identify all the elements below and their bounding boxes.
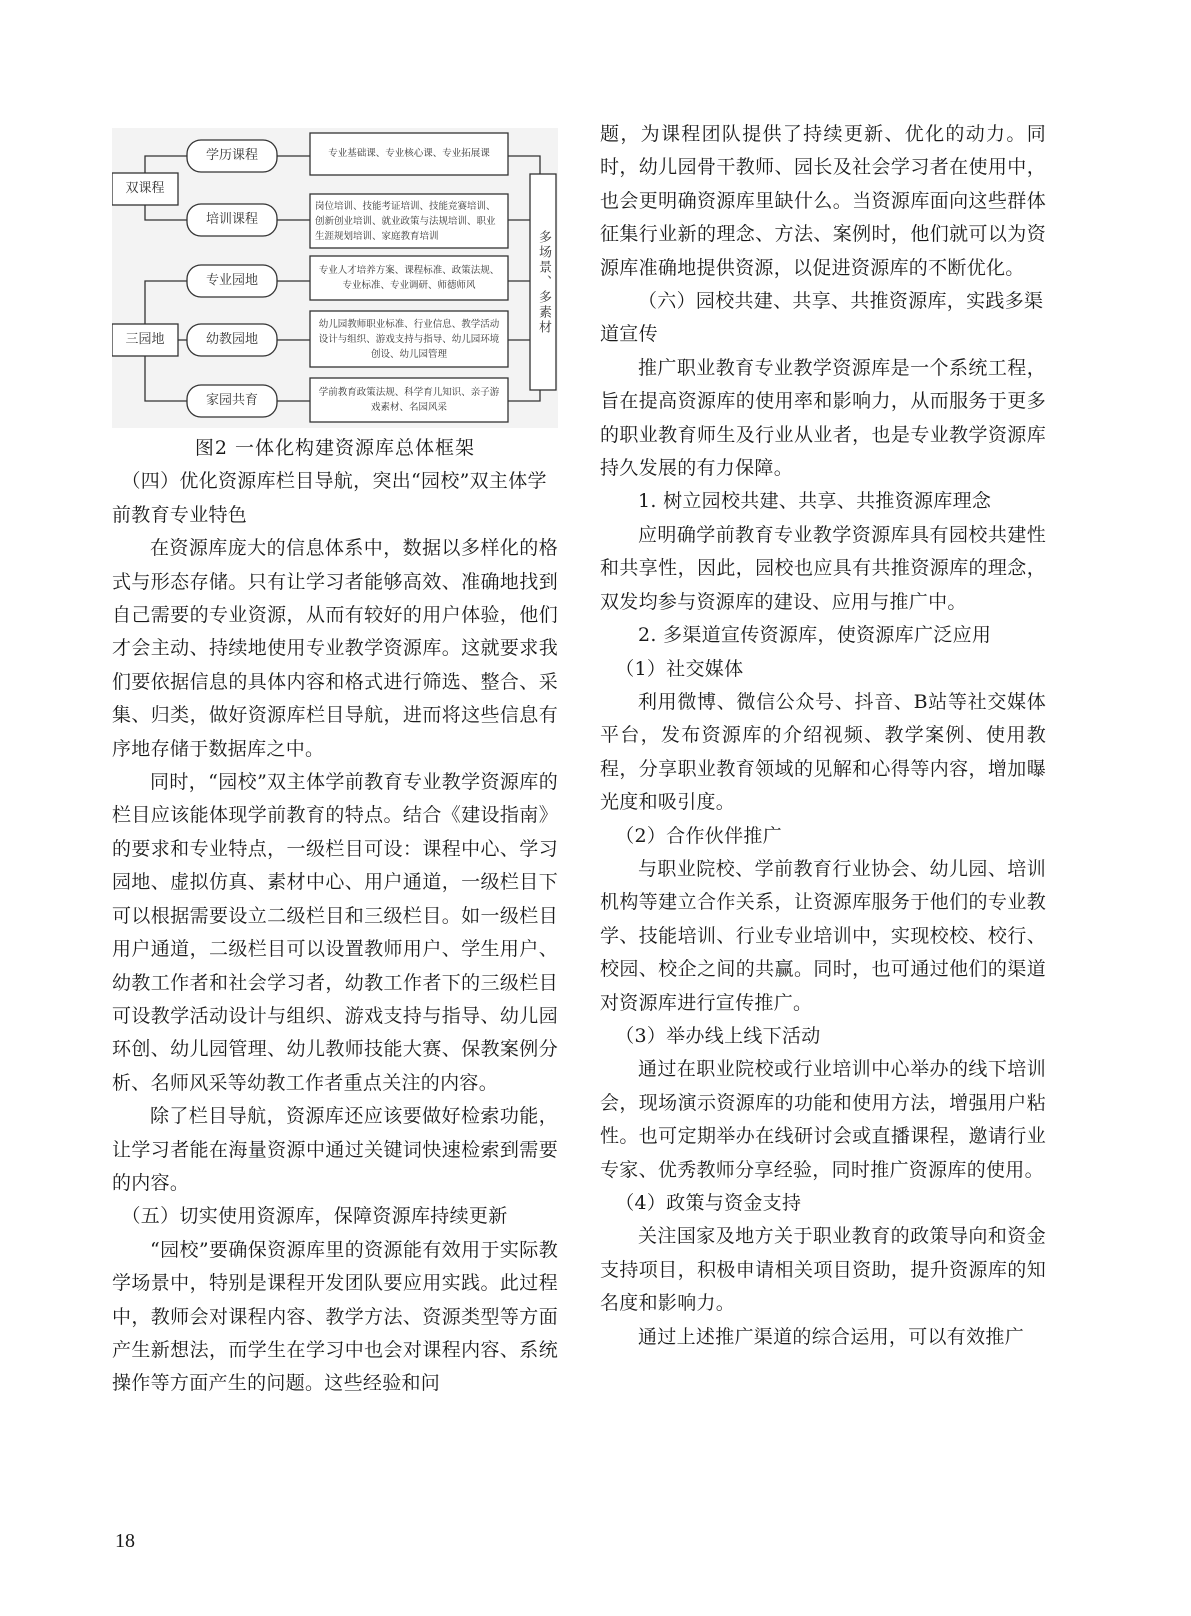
branch-label-preschool-garden: 幼教园地	[187, 324, 277, 356]
paragraph: 利用微博、微信公众号、抖音、B站等社交媒体平台，发布资源库的介绍视频、教学案例、…	[600, 686, 1046, 820]
paragraph: 关注国家及地方关于职业教育的政策导向和资金支持项目，积极申请相关项目资助，提升资…	[600, 1220, 1046, 1320]
paragraph: 通过在职业院校或行业培训中心举办的线下培训会，现场演示资源库的功能和使用方法，增…	[600, 1053, 1046, 1187]
root-label-dual-course: 双课程	[112, 173, 178, 205]
branch-label-degree-course: 学历课程	[187, 140, 277, 172]
content-training-course: 岗位培训、技能考证培训、技能竞赛培训、创新创业培训、就业政策与法规培训、职业生涯…	[315, 194, 503, 248]
item-heading-events: （3）举办线上线下活动	[600, 1020, 1046, 1053]
paragraph: 与职业院校、学前教育行业协会、幼儿园、培训机构等建立合作关系，让资源库服务于他们…	[600, 853, 1046, 1020]
paragraph: 在资源库庞大的信息体系中，数据以多样化的格式与形态存储。只有让学习者能够高效、准…	[112, 532, 558, 766]
subheading-2: 2. 多渠道宣传资源库，使资源库广泛应用	[600, 619, 1046, 652]
paragraph: “园校”要确保资源库里的资源能有效用于实际教学场景中，特别是课程开发团队要应用实…	[112, 1234, 558, 1401]
paragraph: 通过上述推广渠道的综合运用，可以有效推广	[600, 1321, 1046, 1354]
content-home-school: 学前教育政策法规、科学育儿知识、亲子游戏素材、名园风采	[315, 378, 503, 422]
branch-label-training-course: 培训课程	[187, 204, 277, 236]
root-label-three-gardens: 三园地	[112, 324, 178, 356]
framework-figure: 双课程 三园地 学历课程 培训课程 专业园地 幼教园地 家园共育 专业基础课、专…	[112, 128, 558, 428]
content-professional-garden: 专业人才培养方案、课程标准、政策法规、专业标准、专业调研、师德师风	[315, 256, 503, 300]
branch-label-home-school: 家园共育	[187, 385, 277, 417]
item-heading-social-media: （1）社交媒体	[600, 653, 1046, 686]
paragraph: 应明确学前教育专业教学资源库具有园校共建性和共享性，因此，园校也应具有共推资源库…	[600, 519, 1046, 619]
content-preschool-garden: 幼儿园教师职业标准、行业信息、教学活动设计与组织、游戏支持与指导、幼儿园环境创设…	[315, 311, 503, 367]
paragraph: 推广职业教育专业教学资源库是一个系统工程，旨在提高资源库的使用率和影响力，从而服…	[600, 352, 1046, 486]
item-heading-partners: （2）合作伙伴推广	[600, 820, 1046, 853]
paragraph-continued: 题，为课程团队提供了持续更新、优化的动力。同时，幼儿园骨干教师、园长及社会学习者…	[600, 118, 1046, 285]
paragraph: 同时，“园校”双主体学前教育专业教学资源库的栏目应该能体现学前教育的特点。结合《…	[112, 766, 558, 1100]
left-column: 双课程 三园地 学历课程 培训课程 专业园地 幼教园地 家园共育 专业基础课、专…	[112, 118, 558, 1401]
paragraph: 除了栏目导航，资源库还应该要做好检索功能，让学习者能在海量资源中通过关键词快速检…	[112, 1100, 558, 1200]
subheading-1: 1. 树立园校共建、共享、共推资源库理念	[600, 485, 1046, 518]
right-box-multi-scene: 多场景、多素材	[530, 174, 556, 390]
branch-label-professional-garden: 专业园地	[187, 265, 277, 297]
section-heading-4: （四）优化资源库栏目导航，突出“园校”双主体学前教育专业特色	[112, 465, 558, 532]
section-heading-5: （五）切实使用资源库，保障资源库持续更新	[112, 1200, 558, 1233]
content-degree-course: 专业基础课、专业核心课、专业拓展课	[315, 133, 503, 175]
section-heading-6: （六）园校共建、共享、共推资源库，实践多渠道宣传	[600, 285, 1046, 352]
page-number: 18	[115, 1530, 135, 1553]
item-heading-policy: （4）政策与资金支持	[600, 1187, 1046, 1220]
figure-caption: 图2 一体化构建资源库总体框架	[112, 432, 558, 465]
right-column: 题，为课程团队提供了持续更新、优化的动力。同时，幼儿园骨干教师、园长及社会学习者…	[600, 118, 1046, 1354]
